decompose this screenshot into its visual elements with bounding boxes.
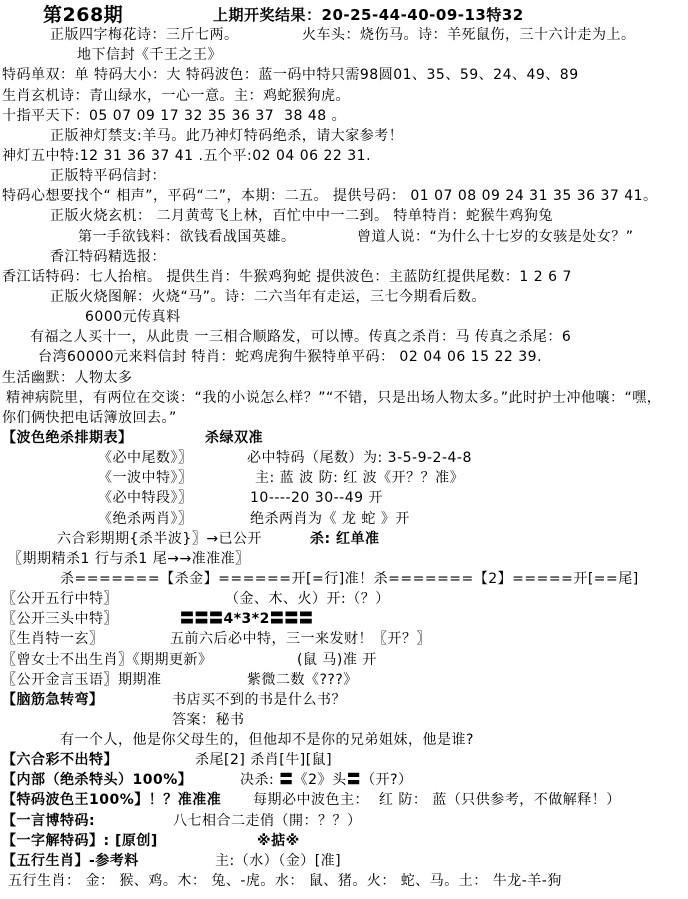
text-segment: 【脑筋急转弯】 [2, 690, 104, 710]
xiangsheng-line: 特码心想要找个“ 相声”，平码“二”，本期：二五。 提供号码： 01 07 08… [0, 186, 688, 206]
text-segment: 《必中尾数》〗 [98, 448, 193, 468]
wuxing-shengxiao-detail: 五行生肖： 金： 猴、鸡。木： 兔、-虎。水： 鼠、猪。火： 蛇、马。土： 牛龙… [0, 871, 688, 891]
text-segment: 6000元传真料 [85, 307, 181, 327]
text-segment: 十指平天下：05 07 09 17 32 35 36 37 38 48 。 [2, 106, 346, 126]
text-segment: 八七相合二走俏（開：？？） [173, 811, 362, 831]
lottery-tip-sheet: 第268期上期开奖结果：20-25-44-40-09-13特32正版四字梅花诗：… [0, 0, 688, 899]
text-segment: 生活幽默：人物太多 [2, 368, 133, 388]
text-segment: 台湾60000元来料信封 特肖：蛇鸡虎狗牛猴特单平码： 02 04 06 15 … [38, 347, 542, 367]
jinyan-yuyu: 〖公开金言玉语〗期期准紫微二数《???》 [0, 670, 688, 690]
issue-header: 第268期上期开奖结果：20-25-44-40-09-13特32 [0, 5, 688, 25]
yiyan-botema: 【一言博特码:八七相合二走俏（開：？？） [0, 811, 688, 831]
text-segment: 《绝杀两肖》〗 [98, 509, 193, 529]
text-segment: 〖曾女士不出生肖〗《期期更新》 [2, 650, 213, 670]
text-segment: 五前六后必中特，三一来发财！〖开？〗 [170, 629, 431, 649]
text-segment: 香江特码精选报： [50, 247, 166, 267]
text-segment: 【六合彩不出特】 [2, 750, 118, 770]
text-segment: 〖公开五行中特〗 [2, 589, 118, 609]
riddle-2: 有一个人，他是你父母生的，但他却不是你的兄弟姐妹，他是谁? [0, 730, 688, 750]
shengxiao-poem: 生肖玄机诗：青山绿水，一心一意。主：鸡蛇猴狗虎。 [0, 86, 688, 106]
text-segment: 答案：秘书 [172, 710, 245, 730]
text-segment: 第一手欲钱料：欲钱看战国英雄。 [78, 227, 296, 247]
shendeng-jinzhi: 正版神灯禁支:羊马。此乃神灯特码绝杀，请大家参考！ [0, 126, 688, 146]
text-segment: 正版特平码信封： [50, 166, 166, 186]
text-segment: 10----20 30--49 开 [250, 488, 383, 508]
teping-envelope: 正版特平码信封： [0, 166, 688, 186]
text-segment: 杀: 红单准 [310, 529, 379, 549]
text-segment: 正版火烧图解：火烧“马”。诗：二六当年有走运，三七今期看后数。 [50, 287, 486, 307]
yuqian-liao: 第一手欲钱料：欲钱看战国英雄。曾道人说：“为什么十七岁的女骇是处女？” [0, 227, 688, 247]
text-segment: 杀=======【杀金】======开[=行]准！杀=======【2】====… [60, 569, 639, 589]
text-segment: 主: 蓝 波 防: 红 波《开？？准》 [255, 468, 464, 488]
text-segment: （金、木、火）开:（？） [225, 589, 390, 609]
text-segment: 【五行生肖】-参考料 [2, 851, 139, 871]
text-segment: 【内部（绝杀特头）100%】 [2, 770, 192, 790]
text-segment: (鼠 马)准 开 [297, 650, 377, 670]
text-segment: 五行生肖： 金： 猴、鸡。木： 兔、-虎。水： 鼠、猪。火： 蛇、马。土： 牛龙… [8, 871, 562, 891]
text-segment: 正版四字梅花诗：三斤七两。 [50, 25, 239, 45]
text-segment: 书店买不到的书是什么书？ [172, 690, 346, 710]
bizhong-teduan: 《必中特段》〗10----20 30--49 开 [0, 488, 688, 508]
text-segment: 《一波中特》〗 [98, 468, 193, 488]
bose-juesha-header: 【波色绝杀排期表】杀绿双准 [0, 428, 688, 448]
text-segment: 【一字解特码】: [原创] [2, 831, 158, 851]
neibu-juesha-tetou: 【内部（绝杀特头）100%】决杀: 〓《2》头〓（开?） [0, 770, 688, 790]
humor-body-1: 精神病院里，有两位在交谈：“我的小说怎么样？”“不错，只是出场人物太多。”此时护… [0, 388, 688, 408]
text-segment: 〖公开三头中特〗 [2, 609, 118, 629]
text-segment: ※掂※ [257, 831, 300, 851]
text-segment: 香江话特码：七人抬棺。 提供生肖：牛猴鸡狗蛇 提供波色：主蓝防红提供尾数：1 2… [2, 267, 572, 287]
text-segment: 〖期期精杀1 行与杀1 尾→→准准准〗 [8, 549, 250, 569]
shajin-line: 杀=======【杀金】======开[=行]准！杀=======【2】====… [0, 569, 688, 589]
buchute: 【六合彩不出特】杀尾[2] 杀肖[牛][鼠] [0, 750, 688, 770]
zengnvshi: 〖曾女士不出生肖〗《期期更新》(鼠 马)准 开 [0, 650, 688, 670]
text-segment: 你们俩快把电话簿放回去。” [2, 408, 177, 428]
text-segment: 〓〓〓4*3*2〓〓〓 [180, 609, 313, 629]
text-segment: 特码单双：单 特码大小：大 特码波色：蓝一码中特只需98圆01、35、59、24… [2, 65, 579, 85]
text-segment: 《必中特段》〗 [98, 488, 193, 508]
last-draw-result: 上期开奖结果：20-25-44-40-09-13特32 [213, 5, 524, 25]
wuxing-zhongte: 〖公开五行中特〗（金、木、火）开:（？） [0, 589, 688, 609]
xiangjiang-report: 香江特码精选报： [0, 247, 688, 267]
text-segment: 决杀: 〓《2》头〓（开?） [240, 770, 413, 790]
plum-poem: 正版四字梅花诗：三斤七两。火车头：烧伤马。诗：羊死鼠伤，三十六计走为上。 [0, 25, 688, 45]
text-segment: 〖公开金言玉语〗期期准 [2, 670, 162, 690]
underground-envelope: 地下信封《千王之王》 [0, 45, 688, 65]
text-segment: 每期必中波色主： 红 防： 蓝（只供参考，不做解释！） [253, 790, 621, 810]
riddle-header: 【脑筋急转弯】书店买不到的书是什么书？ [0, 690, 688, 710]
yizi-jietema: 【一字解特码】: [原创]※掂※ [0, 831, 688, 851]
wuxing-shengxiao-header: 【五行生肖】-参考料主:（水）（金）[准] [0, 851, 688, 871]
santou-zhongte: 〖公开三头中特〗〓〓〓4*3*2〓〓〓 [0, 609, 688, 629]
text-segment: 杀尾[2] 杀肖[牛][鼠] [195, 750, 332, 770]
tema-danshuang: 特码单双：单 特码大小：大 特码波色：蓝一码中特只需98圆01、35、59、24… [0, 65, 688, 85]
sha-banbo: 六合彩期期{杀半波}〗→已公开杀: 红单准 [0, 529, 688, 549]
huoshao-tujie: 正版火烧图解：火烧“马”。诗：二六当年有走运，三七今期看后数。 [0, 287, 688, 307]
text-segment: 【特码波色王100%】！？准准准 [2, 790, 221, 810]
humor-title: 生活幽默：人物太多 [0, 368, 688, 388]
shizhi-numbers: 十指平天下：05 07 09 17 32 35 36 37 38 48 。 [0, 106, 688, 126]
yibo-zhongte: 《一波中特》〗主: 蓝 波 防: 红 波《开？？准》 [0, 468, 688, 488]
text-segment: 有一个人，他是你父母生的，但他却不是你的兄弟姐妹，他是谁? [60, 730, 474, 750]
shengxiao-teyixuan: 〖生肖特一玄〗五前六后必中特，三一来发财！〖开？〗 [0, 629, 688, 649]
humor-body-2: 你们俩快把电话簿放回去。” [0, 408, 688, 428]
text-segment: 杀绿双准 [205, 428, 263, 448]
text-segment: 精神病院里，有两位在交谈：“我的小说怎么样？”“不错，只是出场人物太多。”此时护… [6, 388, 661, 408]
huoshao-xuanji: 正版火烧玄机： 二月黄莺飞上林，百忙中中一二到。 特单特肖：蛇猴牛鸡狗兔 [0, 206, 688, 226]
text-segment: 〖生肖特一玄〗 [2, 629, 104, 649]
text-segment: 曾道人说：“为什么十七岁的女骇是处女？” [357, 227, 634, 247]
sheet-lines: 第268期上期开奖结果：20-25-44-40-09-13特32正版四字梅花诗：… [0, 5, 688, 891]
bosewang: 【特码波色王100%】！？准准准每期必中波色主： 红 防： 蓝（只供参考，不做解… [0, 790, 688, 810]
text-segment: 有福之人买十一，从此贵 一三相合顺路发，可以博。传真之杀肖：马 传真之杀尾：6 [30, 327, 571, 347]
text-segment: 特码心想要找个“ 相声”，平码“二”，本期：二五。 提供号码： 01 07 08… [2, 186, 658, 206]
text-segment: 生肖玄机诗：青山绿水，一心一意。主：鸡蛇猴狗虎。 [2, 86, 350, 106]
text-segment: 必中特码（尾数）为: 3-5-9-2-4-8 [247, 448, 472, 468]
juesha-liangxiao: 《绝杀两肖》〗绝杀两肖为《 龙 蛇 》开 [0, 509, 688, 529]
text-segment: 正版火烧玄机： 二月黄莺飞上林，百忙中中一二到。 特单特肖：蛇猴牛鸡狗兔 [50, 206, 553, 226]
issue-number: 第268期 [43, 5, 123, 25]
qiqi-jingsha: 〖期期精杀1 行与杀1 尾→→准准准〗 [0, 549, 688, 569]
text-segment: 【波色绝杀排期表】 [2, 428, 133, 448]
text-segment: 火车头：烧伤马。诗：羊死鼠伤，三十六计走为上。 [302, 25, 636, 45]
text-segment: 主:（水）（金）[准] [215, 851, 341, 871]
taiwan-envelope: 台湾60000元来料信封 特肖：蛇鸡虎狗牛猴特单平码： 02 04 06 15 … [0, 347, 688, 367]
text-segment: 紫微二数《???》 [247, 670, 358, 690]
youfu-line: 有福之人买十一，从此贵 一三相合顺路发，可以博。传真之杀肖：马 传真之杀尾：6 [0, 327, 688, 347]
text-segment: 地下信封《千王之王》 [77, 45, 222, 65]
shendeng-wuzhongte: 神灯五中特:12 31 36 37 41 .五个平:02 04 06 22 31… [0, 146, 688, 166]
fax-liao-6000: 6000元传真料 [0, 307, 688, 327]
text-segment: 【一言博特码: [2, 811, 95, 831]
text-segment: 六合彩期期{杀半波}〗→已公开 [57, 529, 262, 549]
text-segment: 神灯五中特:12 31 36 37 41 .五个平:02 04 06 22 31… [2, 146, 371, 166]
riddle-answer: 答案：秘书 [0, 710, 688, 730]
text-segment: 绝杀两肖为《 龙 蛇 》开 [250, 509, 410, 529]
text-segment: 正版神灯禁支:羊马。此乃神灯特码绝杀，请大家参考！ [50, 126, 403, 146]
bizhong-weishu: 《必中尾数》〗必中特码（尾数）为: 3-5-9-2-4-8 [0, 448, 688, 468]
xiangjiang-huatema: 香江话特码：七人抬棺。 提供生肖：牛猴鸡狗蛇 提供波色：主蓝防红提供尾数：1 2… [0, 267, 688, 287]
